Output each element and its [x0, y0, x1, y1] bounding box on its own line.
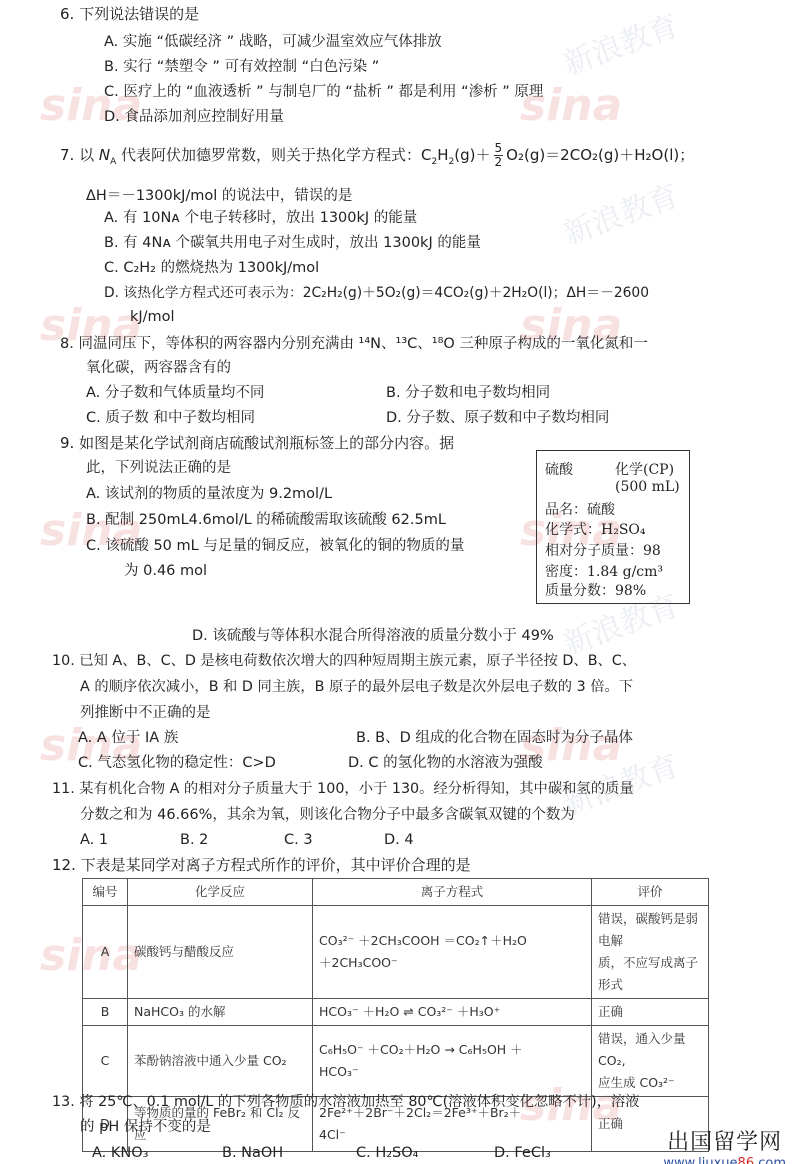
q8-stem: 8. 同温同压下，等体积的两容器内分别充满由 ¹⁴N、¹³C、¹⁸O 三种原子构…	[60, 334, 648, 354]
q13-option-a: A. KNO₃	[92, 1143, 148, 1163]
label-molar-mass: 相对分子质量：98	[545, 540, 661, 560]
q10-stem-line3: 列推断中不正确的是	[80, 703, 211, 723]
q11-option-c: C. 3	[284, 830, 313, 850]
q6-option-a: A. 实施 “低碳经济 ” 战略，可减少温室效应气体排放	[104, 32, 442, 52]
q9-option-b: B. 配制 250mL4.6mol/L 的稀硫酸需取该硫酸 62.5mL	[86, 510, 446, 530]
row-id: A	[83, 906, 128, 999]
row-id: B	[83, 999, 128, 1026]
q13-option-c: C. H₂SO₄	[356, 1143, 419, 1163]
q8-option-b: B. 分子数和电子数均相同	[386, 383, 550, 403]
q6-stem: 6. 下列说法错误的是	[60, 4, 199, 24]
q12-stem: 12. 下表是某同学对离子方程式所作的评价，其中评价合理的是	[52, 855, 471, 875]
q6-option-d: D. 食品添加剂应控制好用量	[104, 107, 284, 127]
q8-option-d: D. 分子数、原子数和中子数均相同	[386, 408, 609, 428]
header-reaction: 化学反应	[128, 879, 313, 906]
q8-stem-line2: 氧化碳，两容器含有的	[86, 358, 231, 378]
label-volume: (500 mL)	[615, 479, 680, 495]
q13-option-d: D. FeCl₃	[494, 1143, 551, 1163]
row-evaluation: 正确	[592, 999, 709, 1026]
site-url: www.liuxue86.com	[663, 1156, 786, 1164]
q9-stem: 9. 如图是某化学试剂商店硫酸试剂瓶标签上的部分内容。据	[60, 433, 454, 453]
watermark-text: 新浪教育	[556, 171, 684, 253]
row-reaction: NaHCO₃ 的水解	[128, 999, 313, 1026]
q11-option-d: D. 4	[384, 830, 414, 850]
site-name: 出国留学网	[663, 1125, 786, 1156]
row-equation: C₆H₅O⁻ ＋CO₂＋H₂O → C₆H₅OH ＋HCO₃⁻	[313, 1026, 592, 1097]
q7-stem: 7. 以 NA 代表阿伏加德罗常数，则关于热化学方程式：C2H2(g)＋52O₂…	[60, 142, 694, 169]
table-row: C 苯酚钠溶液中通入少量 CO₂ C₆H₅O⁻ ＋CO₂＋H₂O → C₆H₅O…	[83, 1026, 709, 1097]
row-id: C	[83, 1026, 128, 1097]
sulfuric-acid-label: 硫酸 化学(CP) (500 mL) 品名：硫酸 化学式：H₂SO₄ 相对分子质…	[536, 450, 690, 604]
q7-mid: 代表阿伏加德罗常数，则关于热化学方程式：C	[116, 146, 431, 164]
q6-option-c: C. 医疗上的 “血液透析 ” 与制皂厂的 “盐析 ” 都是利用 “渗析 ” 原…	[104, 82, 543, 102]
q7-option-d: D. 该热化学方程式还可表示为：2C₂H₂(g)＋5O₂(g)＝4CO₂(g)＋…	[104, 283, 649, 303]
q7-stem-line2: ΔH＝－1300kJ/mol 的说法中，错误的是	[86, 186, 352, 206]
header-evaluation: 评价	[592, 879, 709, 906]
q13-stem-line2: 的 pH 保持不变的是	[80, 1117, 211, 1137]
q6-option-b: B. 实行 “禁塑令 ” 可有效控制 “白色污染 ”	[104, 57, 379, 77]
label-name: 品名：硫酸	[545, 499, 615, 519]
row-reaction: 碳酸钙与醋酸反应	[128, 906, 313, 999]
table-row: A 碳酸钙与醋酸反应 CO₃²⁻ ＋2CH₃COOH ＝CO₂↑＋H₂O＋2CH…	[83, 906, 709, 999]
label-formula: 化学式：H₂SO₄	[545, 519, 646, 539]
row-equation: CO₃²⁻ ＋2CH₃COOH ＝CO₂↑＋H₂O＋2CH₃COO⁻	[313, 906, 592, 999]
q10-stem: 10. 已知 A、B、C、D 是核电荷数依次增大的四种短周期主族元素，原子半径按…	[52, 651, 636, 671]
q8-option-a: A. 分子数和气体质量均不同	[86, 383, 264, 403]
q10-option-b: B. B、D 组成的化合物在固态时为分子晶体	[356, 728, 633, 748]
q7-na: N	[99, 146, 110, 164]
q7-option-b: B. 有 4Nᴀ 个碳氧共用电子对生成时，放出 1300kJ 的能量	[104, 233, 481, 253]
q11-stem-line2: 分数之和为 46.66%，其余为氧，则该化合物分子中最多含碳氧双键的个数为	[80, 805, 575, 825]
q10-option-c: C. 气态氢化物的稳定性：C>D	[78, 753, 276, 773]
row-evaluation: 错误，碳酸钙是弱电解质，不应写成离子形式	[592, 906, 709, 999]
label-grade: 化学(CP)	[615, 459, 674, 479]
q11-option-a: A. 1	[80, 830, 108, 850]
q7-option-d-cont: kJ/mol	[130, 307, 175, 327]
table-header-row: 编号 化学反应 离子方程式 评价	[83, 879, 709, 906]
q10-option-a: A. A 位于 ⅠA 族	[78, 728, 178, 748]
q9-stem-line2: 此，下列说法正确的是	[86, 458, 231, 478]
watermark-text: 新浪教育	[556, 1, 684, 83]
q7-eq-tail: O₂(g)＝2CO₂(g)＋H₂O(l)；	[506, 146, 694, 164]
label-density: 密度：1.84 g/cm³	[545, 561, 663, 581]
row-equation: HCO₃⁻ ＋H₂O ⇌ CO₃²⁻ ＋H₃O⁺	[313, 999, 592, 1026]
q9-option-c: C. 该硫酸 50 mL 与足量的铜反应，被氧化的铜的物质的量	[86, 536, 464, 556]
q7-prefix: 7. 以	[60, 146, 99, 164]
header-equation: 离子方程式	[313, 879, 592, 906]
q9-option-d: D. 该硫酸与等体积水混合所得溶液的质量分数小于 49%	[192, 626, 554, 646]
table-row: B NaHCO₃ 的水解 HCO₃⁻ ＋H₂O ⇌ CO₃²⁻ ＋H₃O⁺ 正确	[83, 999, 709, 1026]
q7-option-c: C. C₂H₂ 的燃烧热为 1300kJ/mol	[104, 258, 319, 278]
q13-option-b: B. NaOH	[222, 1143, 283, 1163]
q10-option-d: D. C 的氢化物的水溶液为强酸	[348, 753, 543, 773]
label-title: 硫酸	[545, 459, 573, 479]
q13-stem: 13. 将 25℃、0.1 mol/L 的下列各物质的水溶液加热至 80℃(溶液…	[52, 1092, 640, 1112]
site-logo: 出国留学网 www.liuxue86.com	[663, 1125, 786, 1164]
q8-option-c: C. 质子数 和中子数均相同	[86, 408, 255, 428]
row-reaction: 苯酚钠溶液中通入少量 CO₂	[128, 1026, 313, 1097]
q7-option-a: A. 有 10Nᴀ 个电子转移时，放出 1300kJ 的能量	[104, 208, 417, 228]
q11-stem: 11. 某有机化合物 A 的相对分子质量大于 100，小于 130。经分析得知，…	[52, 779, 634, 799]
fraction-five-halves: 52	[494, 142, 504, 169]
q9-option-c-cont: 为 0.46 mol	[124, 561, 207, 581]
q9-option-a: A. 该试剂的物质的量浓度为 9.2mol/L	[86, 484, 332, 504]
q10-stem-line2: A 的顺序依次减小，B 和 D 同主族，B 原子的最外层电子数是次外层电子数的 …	[80, 677, 633, 697]
q11-option-b: B. 2	[180, 830, 208, 850]
label-mass-fraction: 质量分数：98%	[545, 580, 646, 600]
row-evaluation: 错误，通入少量 CO₂,应生成 CO₃²⁻	[592, 1026, 709, 1097]
header-id: 编号	[83, 879, 128, 906]
